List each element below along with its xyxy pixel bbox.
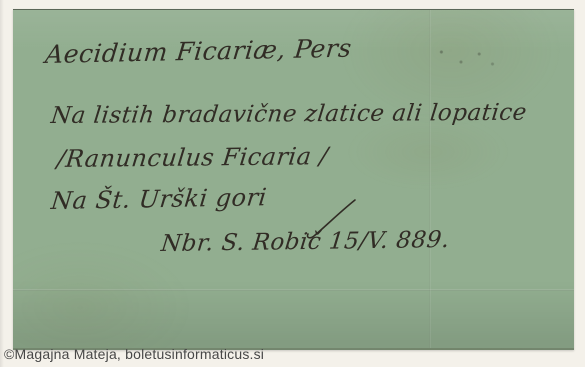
species-name-text: Aecidium Ficariæ, Pers: [44, 34, 353, 69]
collector-date-text: Nbr. S. Robič 15/V. 889.: [160, 227, 451, 257]
host-latin-name-line: /Ranunculus Ficaria /: [57, 142, 328, 173]
location-line: Na Št. Urški gori: [51, 183, 267, 215]
location-text: Na Št. Urški gori: [50, 183, 269, 215]
label-paper: Aecidium Ficariæ, Pers Na listih bradavi…: [13, 9, 574, 350]
host-description-text: Na listih bradavične zlatice ali lopatic…: [50, 100, 529, 129]
ink-specks: [433, 40, 503, 80]
copyright-attribution: ©Magajna Mateja, boletusinformaticus.si: [4, 346, 264, 362]
host-latin-name-text: /Ranunculus Ficaria /: [56, 142, 330, 173]
vertical-fold-line: [429, 10, 431, 348]
specimen-label-photo: Aecidium Ficariæ, Pers Na listih bradavi…: [0, 0, 585, 367]
horizontal-fold-line: [13, 289, 574, 291]
species-name-line: Aecidium Ficariæ, Pers: [45, 34, 352, 69]
collector-date-line: Nbr. S. Robič 15/V. 889.: [161, 227, 450, 257]
host-description-line: Na listih bradavične zlatice ali lopatic…: [51, 100, 527, 129]
